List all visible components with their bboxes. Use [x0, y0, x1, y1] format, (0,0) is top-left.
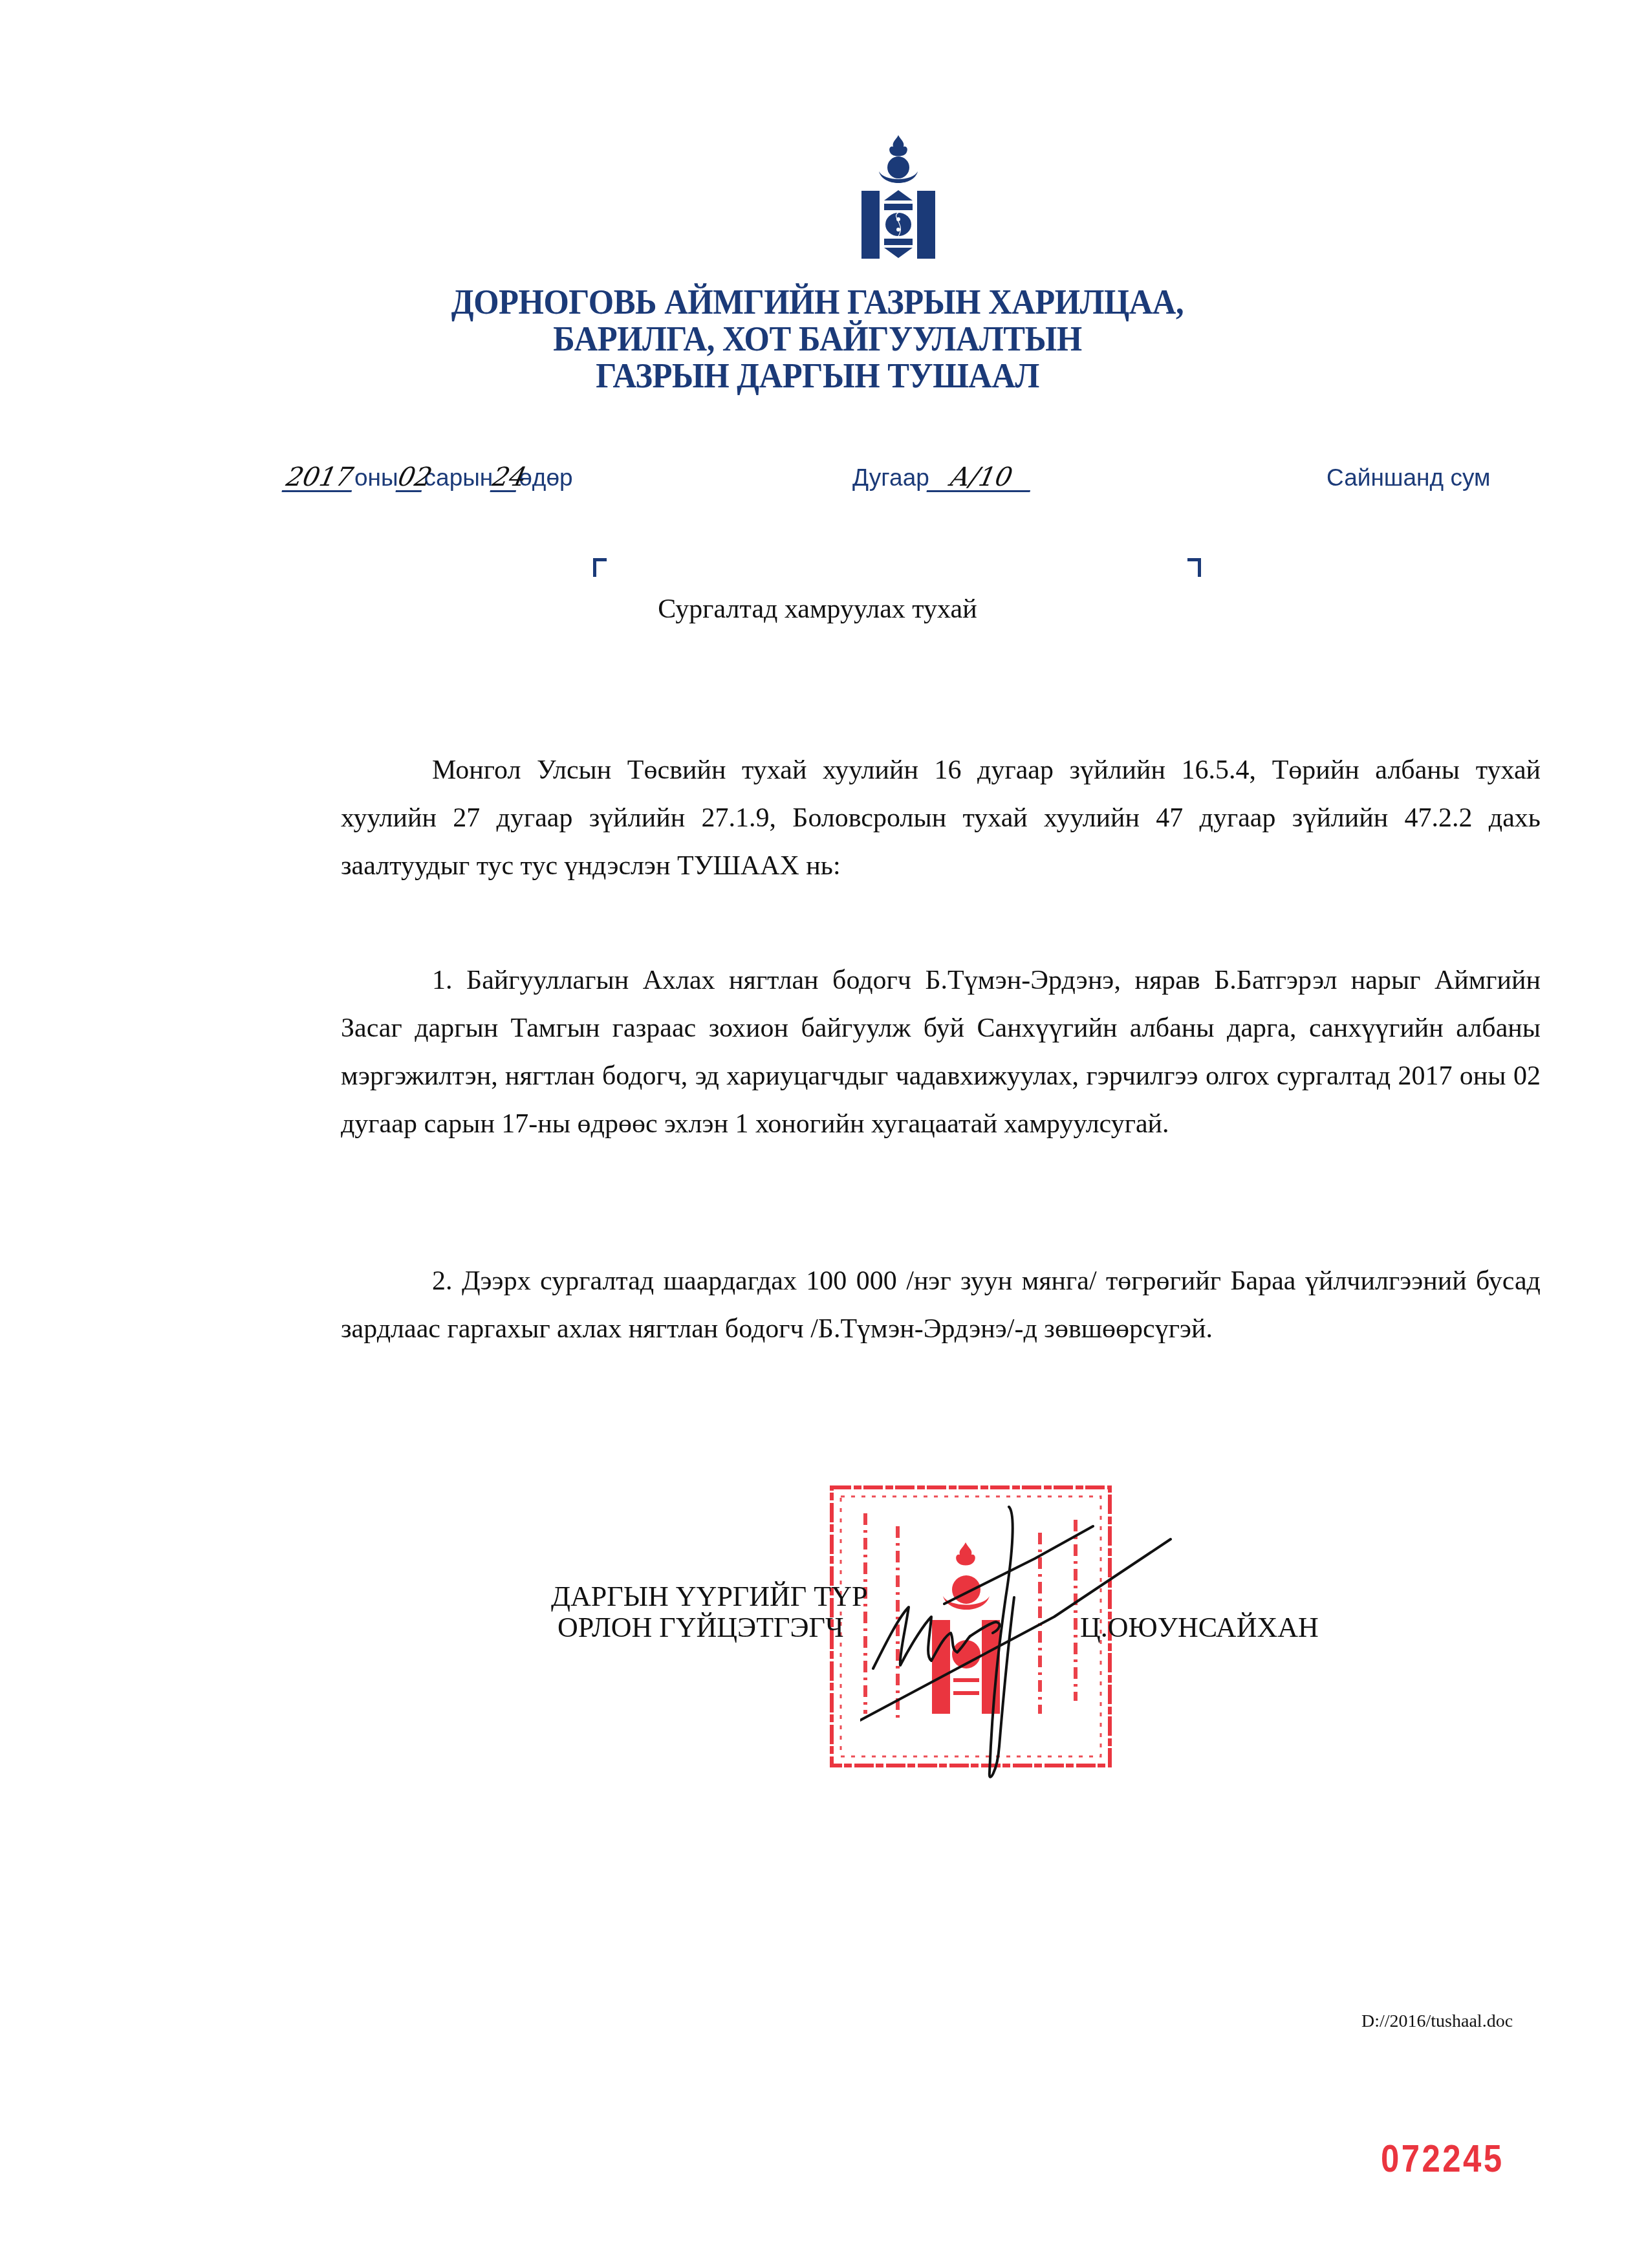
signatory-title: ДАРГЫН ҮҮРГИЙГ ТҮР ОРЛОН ГҮЙЦЭТГЭГЧ	[551, 1581, 867, 1643]
corner-bracket-left-icon	[593, 558, 607, 577]
date-year-suffix: оны	[354, 464, 398, 491]
file-path-label: D://2016/tushaal.doc	[1361, 2011, 1513, 2032]
date-day-handwritten: 24	[490, 464, 522, 492]
document-number-handwritten: А/10	[926, 464, 1035, 492]
organization-title: ДОРНОГОВЬ АЙМГИЙН ГАЗРЫН ХАРИЛЦАА, БАРИЛ…	[65, 283, 1570, 394]
preamble-paragraph: Монгол Улсын Төсвийн тухай хуулийн 16 ду…	[341, 746, 1541, 890]
signatory-title-line: ДАРГЫН ҮҮРГИЙГ ТҮР	[551, 1581, 867, 1612]
location-label: Сайншанд сум	[1326, 464, 1490, 491]
document-number-label: Дугаар	[852, 464, 929, 491]
order-item-1: 1. Байгууллагын Ахлах нягтлан бодогч Б.Т…	[341, 956, 1541, 1148]
subject-heading: Сургалтад хамруулах тухай	[0, 594, 1635, 625]
organization-title-line: ДОРНОГОВЬ АЙМГИЙН ГАЗРЫН ХАРИЛЦАА,	[65, 283, 1570, 320]
order-item-2: 2. Дээрх сургалтад шаардагдах 100 000 /н…	[341, 1257, 1541, 1353]
date-month-suffix: сарын	[424, 464, 493, 491]
soyombo-emblem-icon	[860, 134, 937, 263]
corner-bracket-right-icon	[1187, 558, 1201, 577]
date-field: 2017оны02сарын24өдөр	[285, 464, 573, 492]
date-month-handwritten: 02	[395, 464, 427, 492]
document-number-field: ДугаарА/10	[852, 464, 1033, 492]
date-year-handwritten: 2017	[281, 464, 357, 492]
handwritten-signature-icon	[860, 1500, 1261, 1785]
organization-title-line: ГАЗРЫН ДАРГЫН ТУШААЛ	[65, 357, 1570, 394]
organization-title-line: БАРИЛГА, ХОТ БАЙГУУЛАЛТЫН	[65, 320, 1570, 357]
serial-number-stamp: 072245	[1381, 2136, 1504, 2181]
signatory-title-line: ОРЛОН ГҮЙЦЭТГЭГЧ	[551, 1612, 867, 1643]
